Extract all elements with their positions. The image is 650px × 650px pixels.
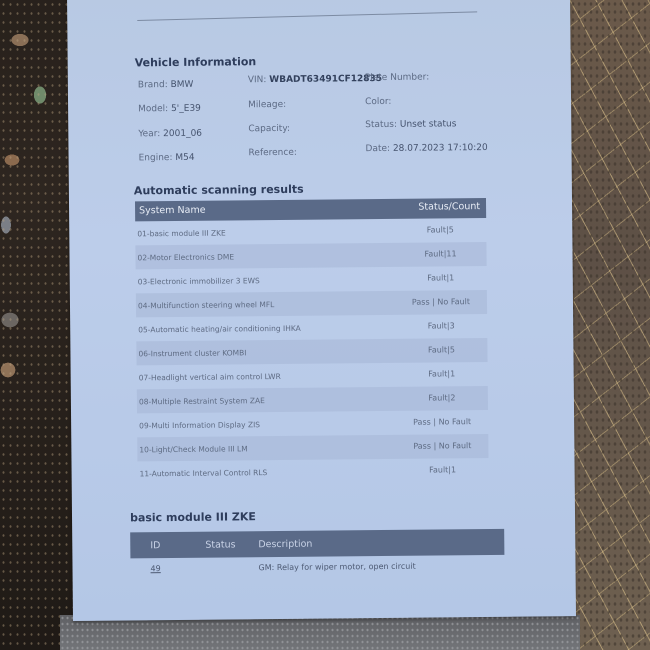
table-row: 09-Multi Information Display ZISPass | N… xyxy=(137,410,488,437)
table-row: 11-Automatic Interval Control RLSFault|1 xyxy=(137,458,488,485)
status-count: Fault|2 xyxy=(407,393,477,403)
system-name: 03-Electronic immobilizer 3 EWS xyxy=(138,276,260,286)
scan-table-body: 01-basic module III ZKEFault|502-Motor E… xyxy=(135,218,489,485)
header-divider xyxy=(137,11,477,21)
table-row: 06-Instrument cluster KOMBIFault|5 xyxy=(136,338,487,365)
table-row: 10-Light/Check Module III LMPass | No Fa… xyxy=(137,434,488,461)
table-row: 08-Multiple Restraint System ZAEFault|2 xyxy=(137,386,488,413)
status-count: Fault|1 xyxy=(408,465,478,475)
table-row: 07-Headlight vertical aim control LWRFau… xyxy=(137,362,488,389)
report-header: Vehicle Diagnostic Report www.foxwelltec… xyxy=(67,0,570,34)
report-paper: Vehicle Diagnostic Report www.foxwelltec… xyxy=(67,0,576,621)
reference-field: Reference: xyxy=(248,148,296,158)
fault-id-link[interactable]: 49 xyxy=(150,564,160,573)
module-detail-title: basic module III ZKE xyxy=(130,510,256,524)
table-row: 04-Multifunction steering wheel MFLPass … xyxy=(136,290,487,317)
system-name: 04-Multifunction steering wheel MFL xyxy=(138,300,274,310)
vehicle-info-title: Vehicle Information xyxy=(135,55,257,69)
status-count: Pass | No Fault xyxy=(407,441,477,451)
date-field: Date: 28.07.2023 17:10:20 xyxy=(365,143,487,154)
status-count: Fault|1 xyxy=(407,369,477,379)
status-count: Fault|5 xyxy=(406,345,476,355)
module-detail-table: ID Status Description 49GM: Relay for wi… xyxy=(130,529,504,581)
system-name: 06-Instrument cluster KOMBI xyxy=(138,348,246,358)
status-count: Pass | No Fault xyxy=(407,417,477,427)
status-count: Fault|11 xyxy=(405,249,475,259)
status-count: Fault|5 xyxy=(405,225,475,235)
system-name: 10-Light/Check Module III LM xyxy=(139,444,247,454)
column-header-id: ID xyxy=(150,540,160,551)
system-name: 05-Automatic heating/air conditioning IH… xyxy=(138,324,301,335)
column-header-status: Status xyxy=(205,539,235,550)
engine-field: Engine: M54 xyxy=(139,153,195,164)
status-field: Status: Unset status xyxy=(365,119,456,130)
column-header-description: Description xyxy=(258,539,312,551)
table-row: 49GM: Relay for wiper motor, open circui… xyxy=(130,555,504,581)
system-name: 02-Motor Electronics DME xyxy=(137,252,234,262)
table-row: 05-Automatic heating/air conditioning IH… xyxy=(136,314,487,341)
color-field: Color: xyxy=(365,97,391,107)
model-field: Model: 5'_E39 xyxy=(138,104,201,115)
system-name: 09-Multi Information Display ZIS xyxy=(139,420,260,430)
fault-description: GM: Relay for wiper motor, open circuit xyxy=(258,562,415,573)
status-count: Fault|1 xyxy=(406,273,476,283)
detail-table-header: ID Status Description xyxy=(130,529,504,559)
vin-field: VIN: WBADT63491CF12835 xyxy=(248,74,382,85)
column-header-system-name: System Name xyxy=(139,205,206,217)
plate-number-field: Plate Number: xyxy=(365,73,429,84)
mileage-field: Mileage: xyxy=(248,100,286,110)
year-field: Year: 2001_06 xyxy=(138,129,202,140)
system-name: 08-Multiple Restraint System ZAE xyxy=(139,396,265,406)
status-count: Pass | No Fault xyxy=(406,297,476,307)
table-row: 02-Motor Electronics DMEFault|11 xyxy=(135,242,486,269)
system-name: 07-Headlight vertical aim control LWR xyxy=(139,372,281,382)
column-header-status-count: Status/Count xyxy=(418,201,480,213)
system-name: 01-basic module III ZKE xyxy=(137,228,226,238)
capacity-field: Capacity: xyxy=(248,124,290,134)
status-count: Fault|3 xyxy=(406,321,476,331)
scan-results-table: System Name Status/Count 01-basic module… xyxy=(135,198,489,485)
system-name: 11-Automatic Interval Control RLS xyxy=(140,468,268,478)
scan-results-title: Automatic scanning results xyxy=(134,183,304,198)
detail-table-body: 49GM: Relay for wiper motor, open circui… xyxy=(130,555,504,581)
table-row: 03-Electronic immobilizer 3 EWSFault|1 xyxy=(136,266,487,293)
table-row: 01-basic module III ZKEFault|5 xyxy=(135,218,486,245)
brand-field: Brand: BMW xyxy=(138,80,194,91)
